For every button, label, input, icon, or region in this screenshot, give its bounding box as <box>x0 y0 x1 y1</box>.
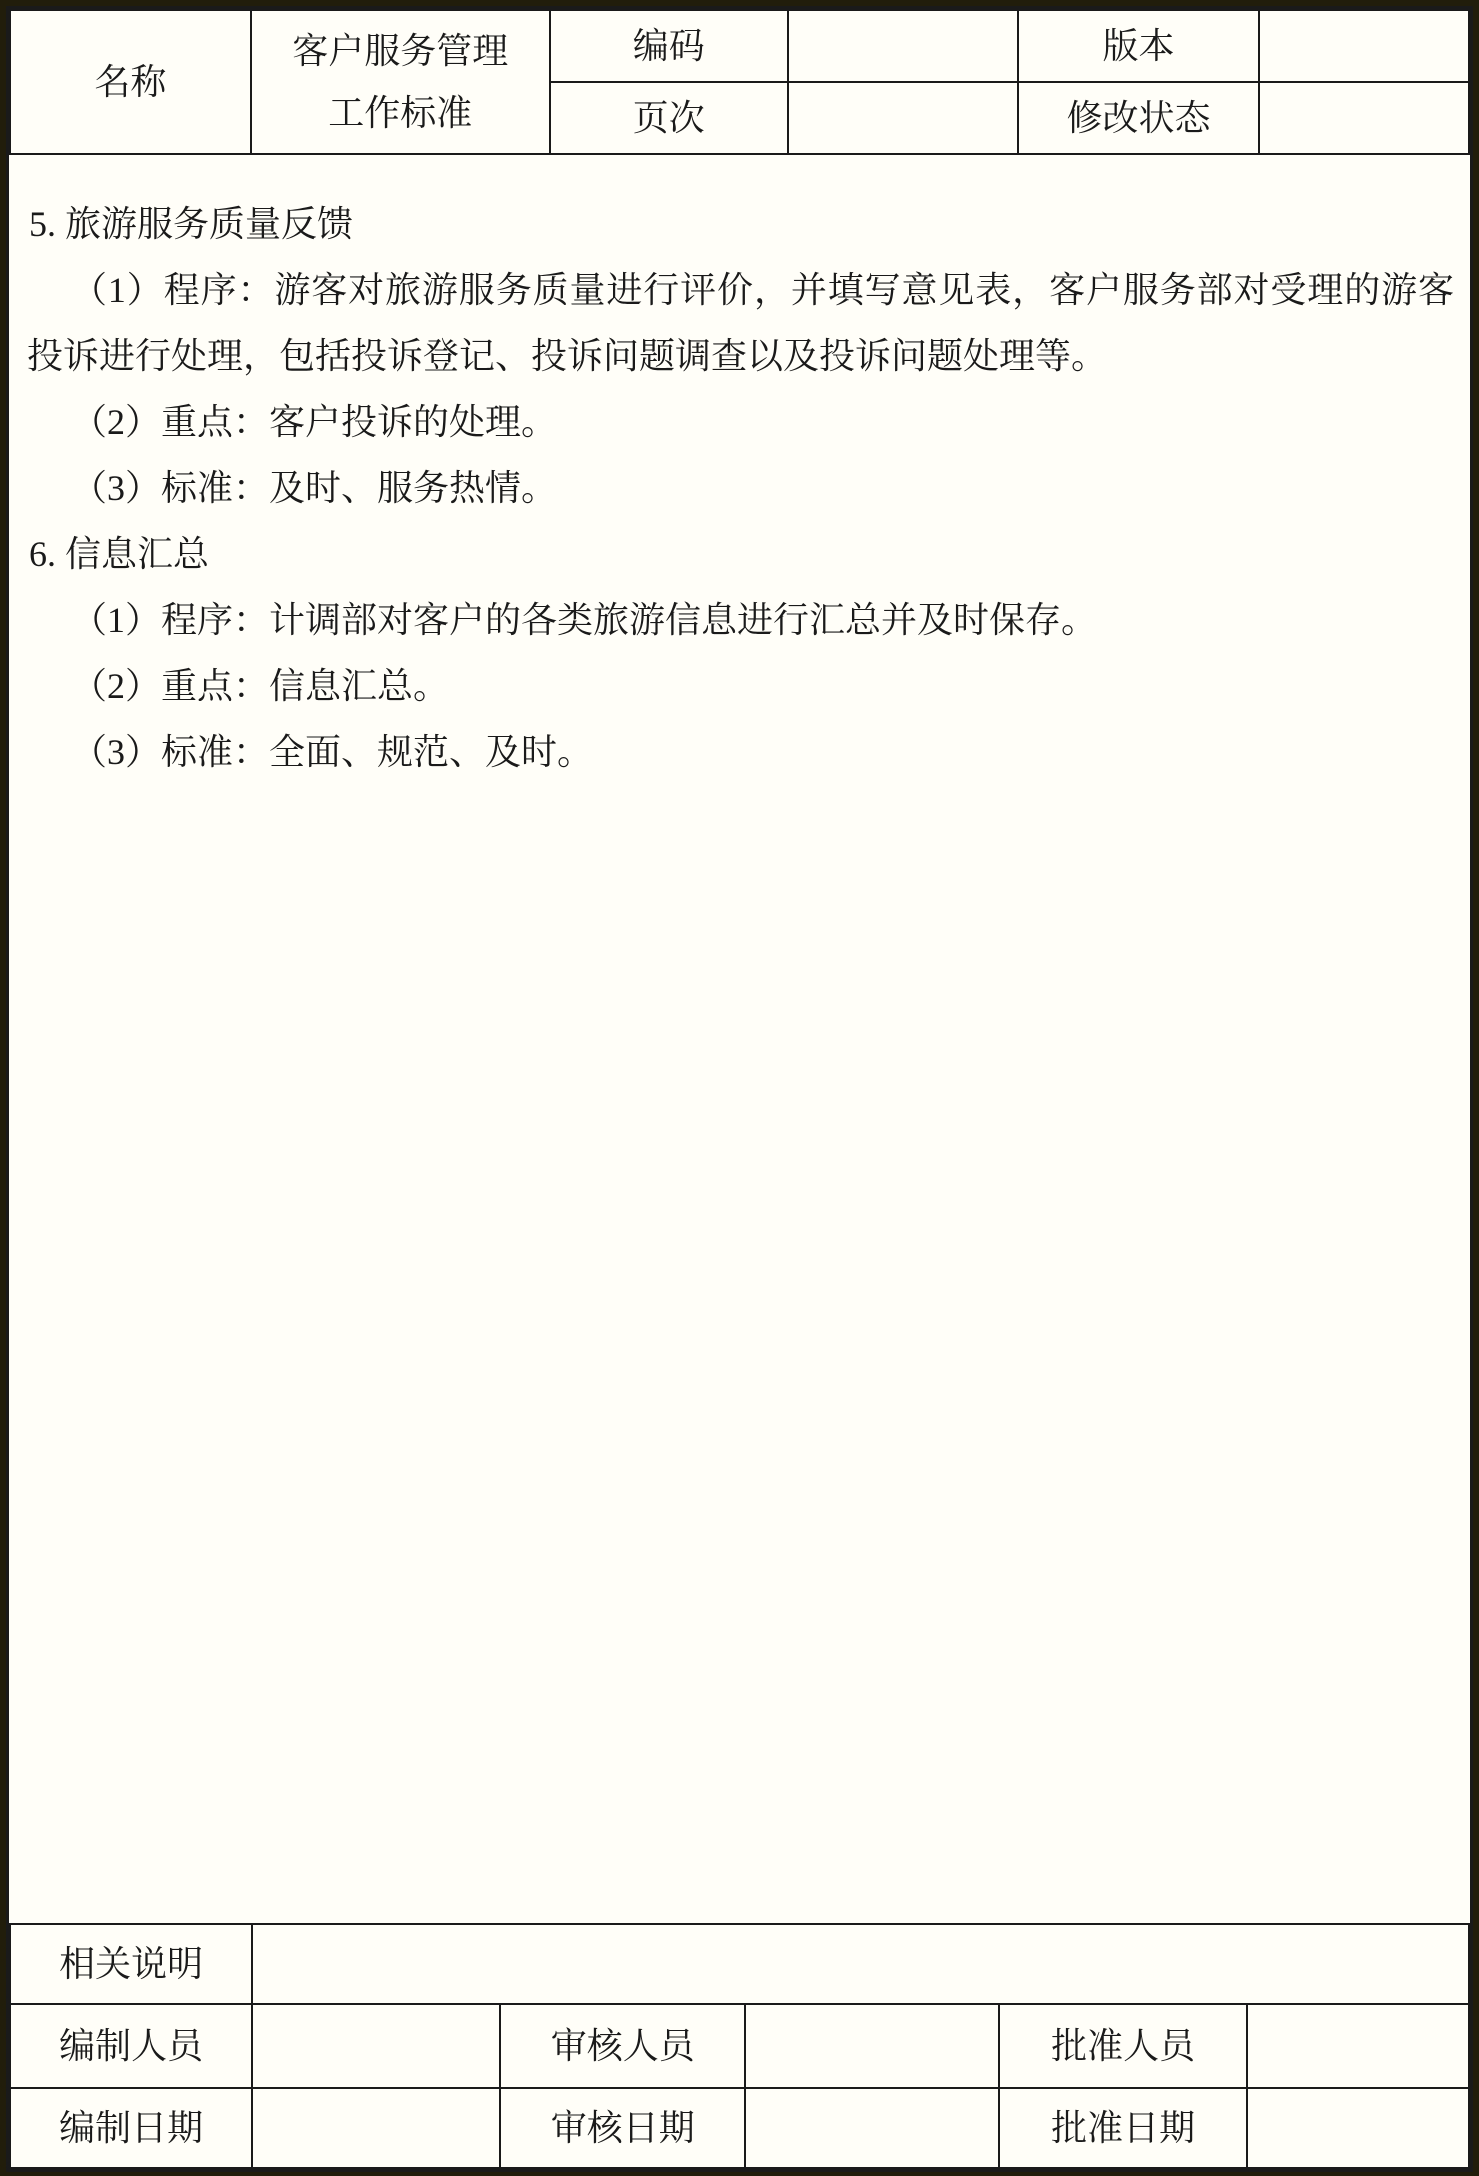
document-sheet: 名称 客户服务管理 工作标准 编码 版本 页次 修改状态 5. 旅游服务质量反馈… <box>6 6 1473 2172</box>
document-title-cell: 客户服务管理 工作标准 <box>251 10 550 154</box>
personnel-table: 编制人员 审核人员 批准人员 <box>9 2003 1470 2089</box>
document-title-line1: 客户服务管理 <box>252 20 549 82</box>
reviewed-date-value-cell <box>745 2088 999 2168</box>
section-6-item-focus: （2）重点：信息汇总。 <box>27 653 1454 719</box>
section-5-item-procedure: （1）程序：游客对旅游服务质量进行评价，并填写意见表，客户服务部对受理的游客投诉… <box>27 257 1454 389</box>
approved-by-label-cell: 批准人员 <box>999 2004 1247 2088</box>
related-notes-table: 相关说明 <box>9 1923 1470 2005</box>
document-title-line2: 工作标准 <box>252 82 549 144</box>
prepared-date-value-cell <box>252 2088 500 2168</box>
approved-date-label-cell: 批准日期 <box>999 2088 1247 2168</box>
header-table: 名称 客户服务管理 工作标准 编码 版本 页次 修改状态 <box>9 9 1470 155</box>
version-value-cell <box>1259 10 1469 82</box>
section-5-item-focus: （2）重点：客户投诉的处理。 <box>27 389 1454 455</box>
revision-status-value-cell <box>1259 82 1469 154</box>
section-6-item-procedure: （1）程序：计调部对客户的各类旅游信息进行汇总并及时保存。 <box>27 587 1454 653</box>
related-notes-value-cell <box>252 1924 1469 2004</box>
prepared-date-label-cell: 编制日期 <box>10 2088 252 2168</box>
prepared-by-value-cell <box>252 2004 500 2088</box>
code-value-cell <box>788 10 1019 82</box>
page-number-value-cell <box>788 82 1019 154</box>
code-label-cell: 编码 <box>550 10 788 82</box>
document-page: 名称 客户服务管理 工作标准 编码 版本 页次 修改状态 5. 旅游服务质量反馈… <box>0 0 1479 2176</box>
version-label-cell: 版本 <box>1018 10 1259 82</box>
reviewed-by-value-cell <box>745 2004 999 2088</box>
revision-status-label-cell: 修改状态 <box>1018 82 1259 154</box>
page-number-label-cell: 页次 <box>550 82 788 154</box>
dates-table: 编制日期 审核日期 批准日期 <box>9 2087 1470 2169</box>
approved-date-value-cell <box>1247 2088 1469 2168</box>
name-label-cell: 名称 <box>10 10 251 154</box>
section-5-heading: 5. 旅游服务质量反馈 <box>27 191 1454 257</box>
approved-by-value-cell <box>1247 2004 1469 2088</box>
reviewed-by-label-cell: 审核人员 <box>500 2004 745 2088</box>
section-6-heading: 6. 信息汇总 <box>27 521 1454 587</box>
related-notes-label-cell: 相关说明 <box>10 1924 252 2004</box>
document-body: 5. 旅游服务质量反馈 （1）程序：游客对旅游服务质量进行评价，并填写意见表，客… <box>9 155 1470 1925</box>
section-5-item-standard: （3）标准：及时、服务热情。 <box>27 455 1454 521</box>
section-6-item-standard: （3）标准：全面、规范、及时。 <box>27 719 1454 785</box>
reviewed-date-label-cell: 审核日期 <box>500 2088 745 2168</box>
prepared-by-label-cell: 编制人员 <box>10 2004 252 2088</box>
